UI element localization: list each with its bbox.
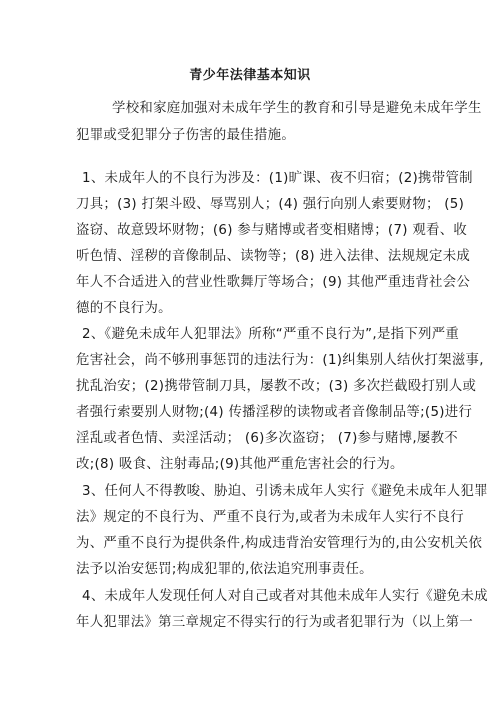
section-1-line-6: 德的不良行为。 [76,300,172,318]
section-1-line-3: 盗窃、故意毁坏财物；(6) 参与赌博或者变相赌博；(7) 观看、收 [76,222,467,240]
intro-line-2: 犯罪或受犯罪分子伤害的最佳措施。 [76,127,295,145]
document-page: 青少年法律基本知识 学校和家庭加强对未成年学生的教育和引导是避免未成年学生 犯罪… [0,0,500,707]
section-3-line-2: 法》规定的不良行为、严重不良行为,或者为未成年人实行不良行 [76,509,464,527]
section-2-line-2: 危害社会，尚不够刑事惩罚的违法行为：(1)纠集别人结伙打架滋事, [76,352,484,370]
section-3-line-1: 3、任何人不得教唆、胁迫、引诱未成年人实行《避免未成年人犯罪 [82,483,488,501]
section-2-line-1: 2、《避免未成年人犯罪法》所称“严重不良行为”,是指下列严重 [82,326,459,344]
section-2-line-5: 淫乱或者色情、卖淫活动； (6)多次盗窃； (7)参与赌博,屡教不 [76,430,458,448]
section-3-line-4: 法予以治安惩罚;构成犯罪的,依法追究刑事责任。 [76,561,373,579]
section-1-line-1: 1、未成年人的不良行为涉及：(1)旷课、夜不归宿；(2)携带管制 [82,170,473,188]
intro-line-1: 学校和家庭加强对未成年学生的教育和引导是避免未成年学生 [112,100,482,118]
section-1-line-5: 年人不合适进入的营业性歌舞厅等场合；(9) 其他严重违背社会公 [76,274,470,292]
document-title: 青少年法律基本知识 [0,64,500,83]
section-4-line-1: 4、未成年人发现任何人对自己或者对其他未成年人实行《避免未成 [82,588,488,606]
section-2-line-6: 改;(8) 吸食、注射毒品;(9)其他严重危害社会的行为。 [76,456,404,474]
section-1-line-2: 刀具；(3) 打架斗殴、辱骂别人；(4) 强行向别人索要财物； (5) [76,196,464,214]
section-2-line-3: 扰乱治安；(2)携带管制刀具，屡教不改；(3) 多次拦截殴打别人或 [76,378,476,396]
section-1-line-4: 听色情、淫秽的音像制品、读物等；(8) 进入法律、法规规定未成 [76,248,470,266]
section-4-line-2: 年人犯罪法》第三章规定不得实行的行为或者犯罪行为（以上第一 [76,614,473,632]
section-2-line-4: 者强行索要别人财物;(4) 传播淫秽的读物或者音像制品等;(5)进行 [76,404,472,422]
section-3-line-3: 为、严重不良行为提供条件,构成违背治安管理行为的,由公安机关依 [76,535,482,553]
